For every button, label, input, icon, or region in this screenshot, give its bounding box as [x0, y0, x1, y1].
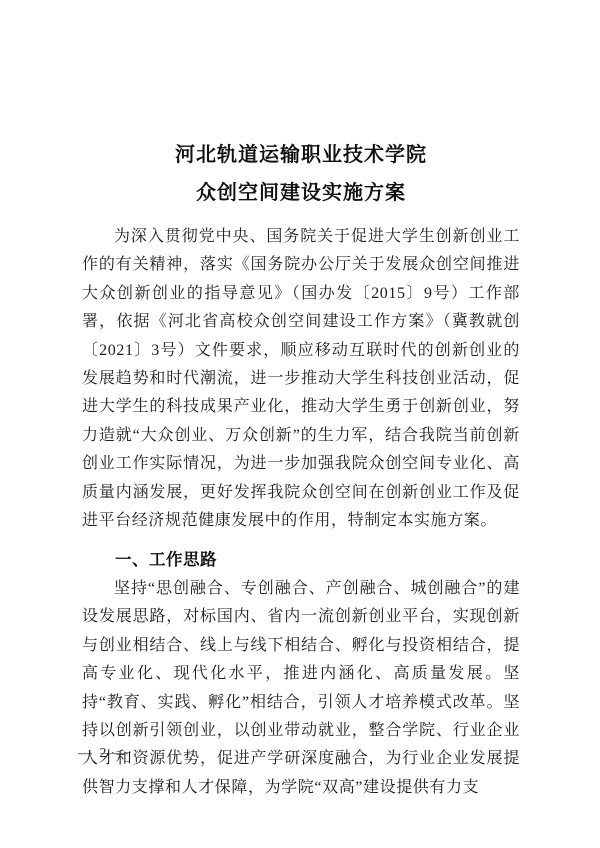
document-title-line-1: 河北轨道运输职业技术学院	[82, 136, 520, 174]
document-page: 河北轨道运输职业技术学院 众创空间建设实施方案 为深入贯彻党中央、国务院关于促进…	[0, 0, 600, 848]
document-title-line-2: 众创空间建设实施方案	[82, 174, 520, 212]
page-number: — 2 —	[78, 746, 130, 762]
section-heading-work-approach: 一、工作思路	[82, 546, 520, 574]
section-paragraph-work-approach: 坚持“思创融合、专创融合、产创融合、城创融合”的建设发展思路，对标国内、省内一流…	[82, 575, 520, 802]
document-body: 为深入贯彻党中央、国务院关于促进大学生创新创业工作的有关精神，落实《国务院办公厅…	[82, 223, 520, 802]
intro-paragraph: 为深入贯彻党中央、国务院关于促进大学生创新创业工作的有关精神，落实《国务院办公厅…	[82, 223, 520, 535]
document-title: 河北轨道运输职业技术学院 众创空间建设实施方案	[82, 136, 520, 212]
